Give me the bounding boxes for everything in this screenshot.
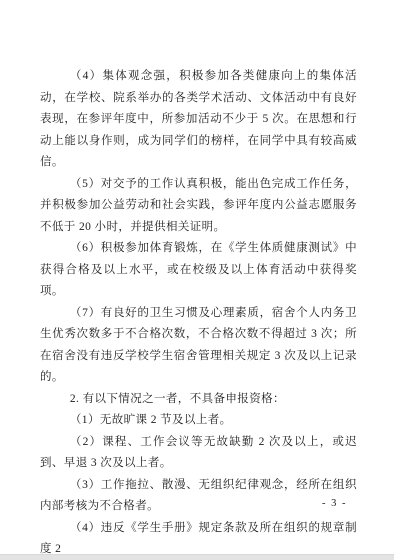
clause-7-hygiene-habits: （7）有良好的卫生习惯及心理素质，宿舍个人内务卫生优秀次数多于不合格次数，不合格…: [40, 303, 357, 389]
clause-5-work-attitude: （5）对交予的工作认真积极，能出色完成工作任务，并积极参加公益劳动和社会实践，参…: [40, 174, 357, 239]
clause-6-physical-exercise: （6）积极参加体育锻炼，在《学生体质健康测试》中获得合格及以上水平，或在校级及以…: [40, 238, 357, 303]
document-body: （4）集体观念强，积极参加各类健康向上的集体活动，在学校、院系举办的各类学术活动…: [40, 66, 357, 560]
disqualify-item-1-absence: （1）无故旷课 2 节及以上者。: [40, 410, 357, 432]
section-2-heading-disqualification: 2. 有以下情况之一者，不具备申报资格：: [40, 389, 357, 411]
clause-4-collective-spirit: （4）集体观念强，积极参加各类健康向上的集体活动，在学校、院系举办的各类学术活动…: [40, 66, 357, 174]
disqualify-item-2-meetings: （2）课程、工作会议等无故缺勤 2 次及以上，或迟到、早退 3 次及以上者。: [40, 432, 357, 475]
page-number: - 3 -: [322, 498, 347, 509]
page-bottom-edge: [0, 554, 394, 560]
document-page: （4）集体观念强，积极参加各类健康向上的集体活动，在学校、院系举办的各类学术活动…: [0, 0, 394, 560]
disqualify-item-3-discipline: （3）工作拖拉、散漫、无组织纪律观念，经所在组织内部考核为不合格者。: [40, 475, 357, 518]
